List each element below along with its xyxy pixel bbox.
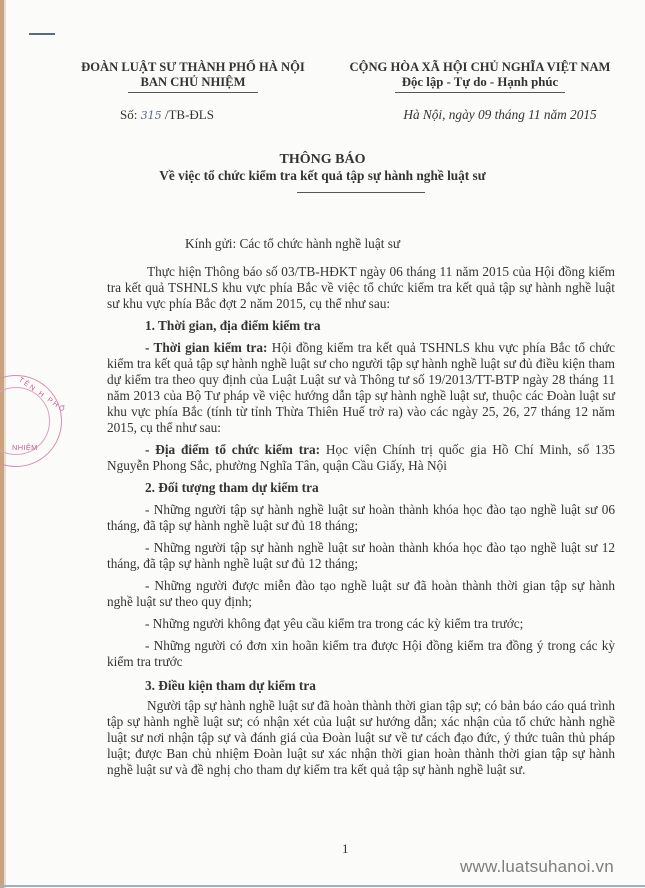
doc-number-prefix: Số: [120, 107, 141, 122]
national-header: CỘNG HÒA XÃ HỘI CHỦ NGHĨA VIỆT NAM Độc l… [330, 60, 630, 93]
list-item: - Những người tập sự hành nghề luật sư h… [107, 540, 615, 572]
section-1-heading: 1. Thời gian, địa điểm kiểm tra [107, 318, 615, 334]
section-3-heading: 3. Điều kiện tham dự kiểm tra [107, 678, 615, 694]
country-name: CỘNG HÒA XÃ HỘI CHỦ NGHĨA VIỆT NAM [330, 60, 630, 75]
list-item: - Những người có đơn xin hoãn kiểm tra đ… [107, 638, 615, 670]
doc-number-handwritten: 315 [141, 109, 162, 122]
place-date: Hà Nội, ngày 09 tháng 11 năm 2015 [380, 107, 620, 123]
stamp-inner-text: NHIỆM [12, 443, 38, 452]
document-body: Thực hiện Thông báo số 03/TB-HĐKT ngày 0… [107, 264, 615, 778]
document-title: THÔNG BÁO [0, 152, 645, 168]
title-rule [297, 192, 425, 193]
eligibility-paragraph: Người tập sự hành nghề luật sư đã hoàn t… [107, 698, 615, 778]
motto-rule [395, 92, 565, 93]
doc-number-suffix: /TB-ĐLS [162, 107, 214, 122]
exam-time-paragraph: - Thời gian kiểm tra: Hội đồng kiểm tra … [107, 340, 615, 436]
section-2-heading: 2. Đối tượng tham dự kiểm tra [107, 480, 615, 496]
exam-location-label: - Địa điểm tổ chức kiểm tra: [145, 442, 320, 457]
exam-time-label: - Thời gian kiểm tra: [145, 340, 268, 355]
intro-paragraph: Thực hiện Thông báo số 03/TB-HĐKT ngày 0… [107, 264, 615, 312]
footer-rule [0, 885, 645, 887]
list-item: - Những người không đạt yêu cầu kiểm tra… [107, 616, 615, 632]
issuer-rule [128, 92, 258, 93]
list-item: - Những người tập sự hành nghề luật sư h… [107, 502, 615, 534]
page-number: 1 [342, 841, 349, 857]
document-number: Số: 315 /TB-ĐLS [120, 107, 214, 123]
national-motto: Độc lập - Tự do - Hạnh phúc [330, 75, 630, 90]
corner-mark [29, 33, 55, 35]
exam-location-paragraph: - Địa điểm tổ chức kiểm tra: Học viện Ch… [107, 442, 615, 474]
list-item: - Những người được miễn đào tạo nghề luậ… [107, 578, 615, 610]
website-watermark[interactable]: www.luatsuhanoi.vn [460, 857, 614, 877]
issuer-org: ĐOÀN LUẬT SƯ THÀNH PHỐ HÀ NỘI [62, 60, 324, 75]
issuer-header: ĐOÀN LUẬT SƯ THÀNH PHỐ HÀ NỘI BAN CHỦ NH… [62, 60, 324, 93]
recipient-line: Kính gửi: Các tổ chức hành nghề luật sư [185, 236, 400, 252]
document-subject: Về việc tổ chức kiểm tra kết quả tập sự … [0, 168, 645, 184]
issuer-board: BAN CHỦ NHIỆM [62, 75, 324, 90]
document-page: ĐOÀN LUẬT SƯ THÀNH PHỐ HÀ NỘI BAN CHỦ NH… [0, 0, 645, 888]
